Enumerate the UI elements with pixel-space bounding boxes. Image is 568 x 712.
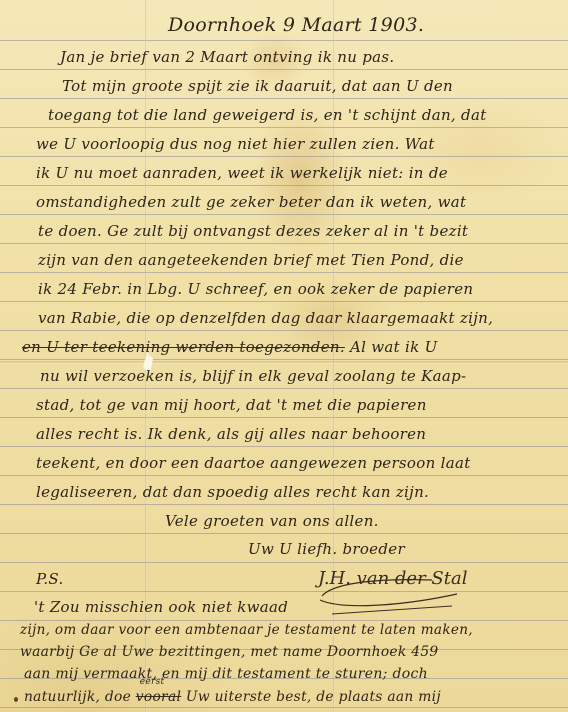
ruled-line xyxy=(0,359,568,360)
ruled-line xyxy=(0,475,568,476)
ruled-line xyxy=(0,504,568,505)
letter-line: we U voorloopig dus nog niet hier zullen… xyxy=(36,135,435,153)
letter-line: ik U nu moet aanraden, weet ik werkelijk… xyxy=(36,164,448,182)
letter-line: teekent, en door een daartoe aangewezen … xyxy=(36,454,471,472)
letter-line: Jan je brief van 2 Maart ontving ik nu p… xyxy=(60,48,395,66)
ruled-line xyxy=(0,40,568,41)
text-part: Uw uiterste best, de plaats aan mij xyxy=(181,689,441,705)
letter-line-continuation: Al wat ik U xyxy=(350,338,438,356)
closing-greeting: Vele groeten van ons allen. xyxy=(165,512,379,530)
postscript-line: 't Zou misschien ook niet kwaad xyxy=(34,598,288,616)
ruled-line xyxy=(0,98,568,99)
letter-line: toegang tot die land geweigerd is, en 't… xyxy=(48,106,487,124)
ruled-line xyxy=(0,127,568,128)
postscript-line: zijn, om daar voor een ambtenaar je test… xyxy=(20,622,473,638)
letter-line: nu wil verzoeken is, blijf in elk geval … xyxy=(40,367,466,385)
struck-text: en U ter teekening werden toegezonden. xyxy=(22,338,345,356)
ink-spot xyxy=(14,697,18,702)
ruled-line xyxy=(0,620,568,621)
letter-line: Tot mijn groote spijt zie ik daaruit, da… xyxy=(62,77,453,95)
inserted-word: eerst xyxy=(140,677,165,687)
letter-line-struck: en U ter teekening werden toegezonden. A… xyxy=(22,338,438,356)
letter-line: zijn van den aangeteekenden brief met Ti… xyxy=(38,251,464,269)
letter-line: legaliseeren, dat dan spoedig alles rech… xyxy=(36,483,429,501)
ruled-line xyxy=(0,156,568,157)
place-date: Doornhoek 9 Maart 1903. xyxy=(168,14,424,36)
ruled-line xyxy=(0,214,568,215)
ruled-line xyxy=(0,69,568,70)
postscript-label: P.S. xyxy=(36,570,64,588)
letter-line: alles recht is. Ik denk, als gij alles n… xyxy=(36,425,426,443)
letter-line: stad, tot ge van mij hoort, dat 't met d… xyxy=(36,396,427,414)
ruled-line xyxy=(0,591,568,592)
ruled-line xyxy=(0,301,568,302)
postscript-line-amended: natuurlijk, doe eerstvooral Uw uiterste … xyxy=(24,689,441,705)
ruled-line xyxy=(0,272,568,273)
closing-valediction: Uw U liefh. broeder xyxy=(248,540,405,558)
ruled-line xyxy=(0,533,568,534)
ruled-line xyxy=(0,417,568,418)
ruled-line xyxy=(0,388,568,389)
ruled-line xyxy=(0,446,568,447)
ruled-line xyxy=(0,707,568,708)
ruled-line xyxy=(0,185,568,186)
letter-line: ik 24 Febr. in Lbg. U schreef, en ook ze… xyxy=(38,280,473,298)
letter-line: omstandigheden zult ge zeker beter dan i… xyxy=(36,193,466,211)
ruled-line xyxy=(0,243,568,244)
signature: J.H. van der Stal xyxy=(318,568,467,589)
paper-fold xyxy=(0,361,568,364)
letter-line: van Rabie, die op denzelfden dag daar kl… xyxy=(38,309,493,327)
letter-line: te doen. Ge zult bij ontvangst dezes zek… xyxy=(38,222,468,240)
struck-word: vooral xyxy=(136,689,181,705)
ruled-line xyxy=(0,330,568,331)
ruled-line xyxy=(0,562,568,563)
postscript-line: waarbij Ge al Uwe bezittingen, met name … xyxy=(20,644,438,660)
text-part: natuurlijk, doe xyxy=(24,689,136,705)
postscript-line: aan mij vermaakt, en mij dit testament t… xyxy=(24,666,428,682)
letter-page: Doornhoek 9 Maart 1903. Jan je brief van… xyxy=(0,0,568,712)
